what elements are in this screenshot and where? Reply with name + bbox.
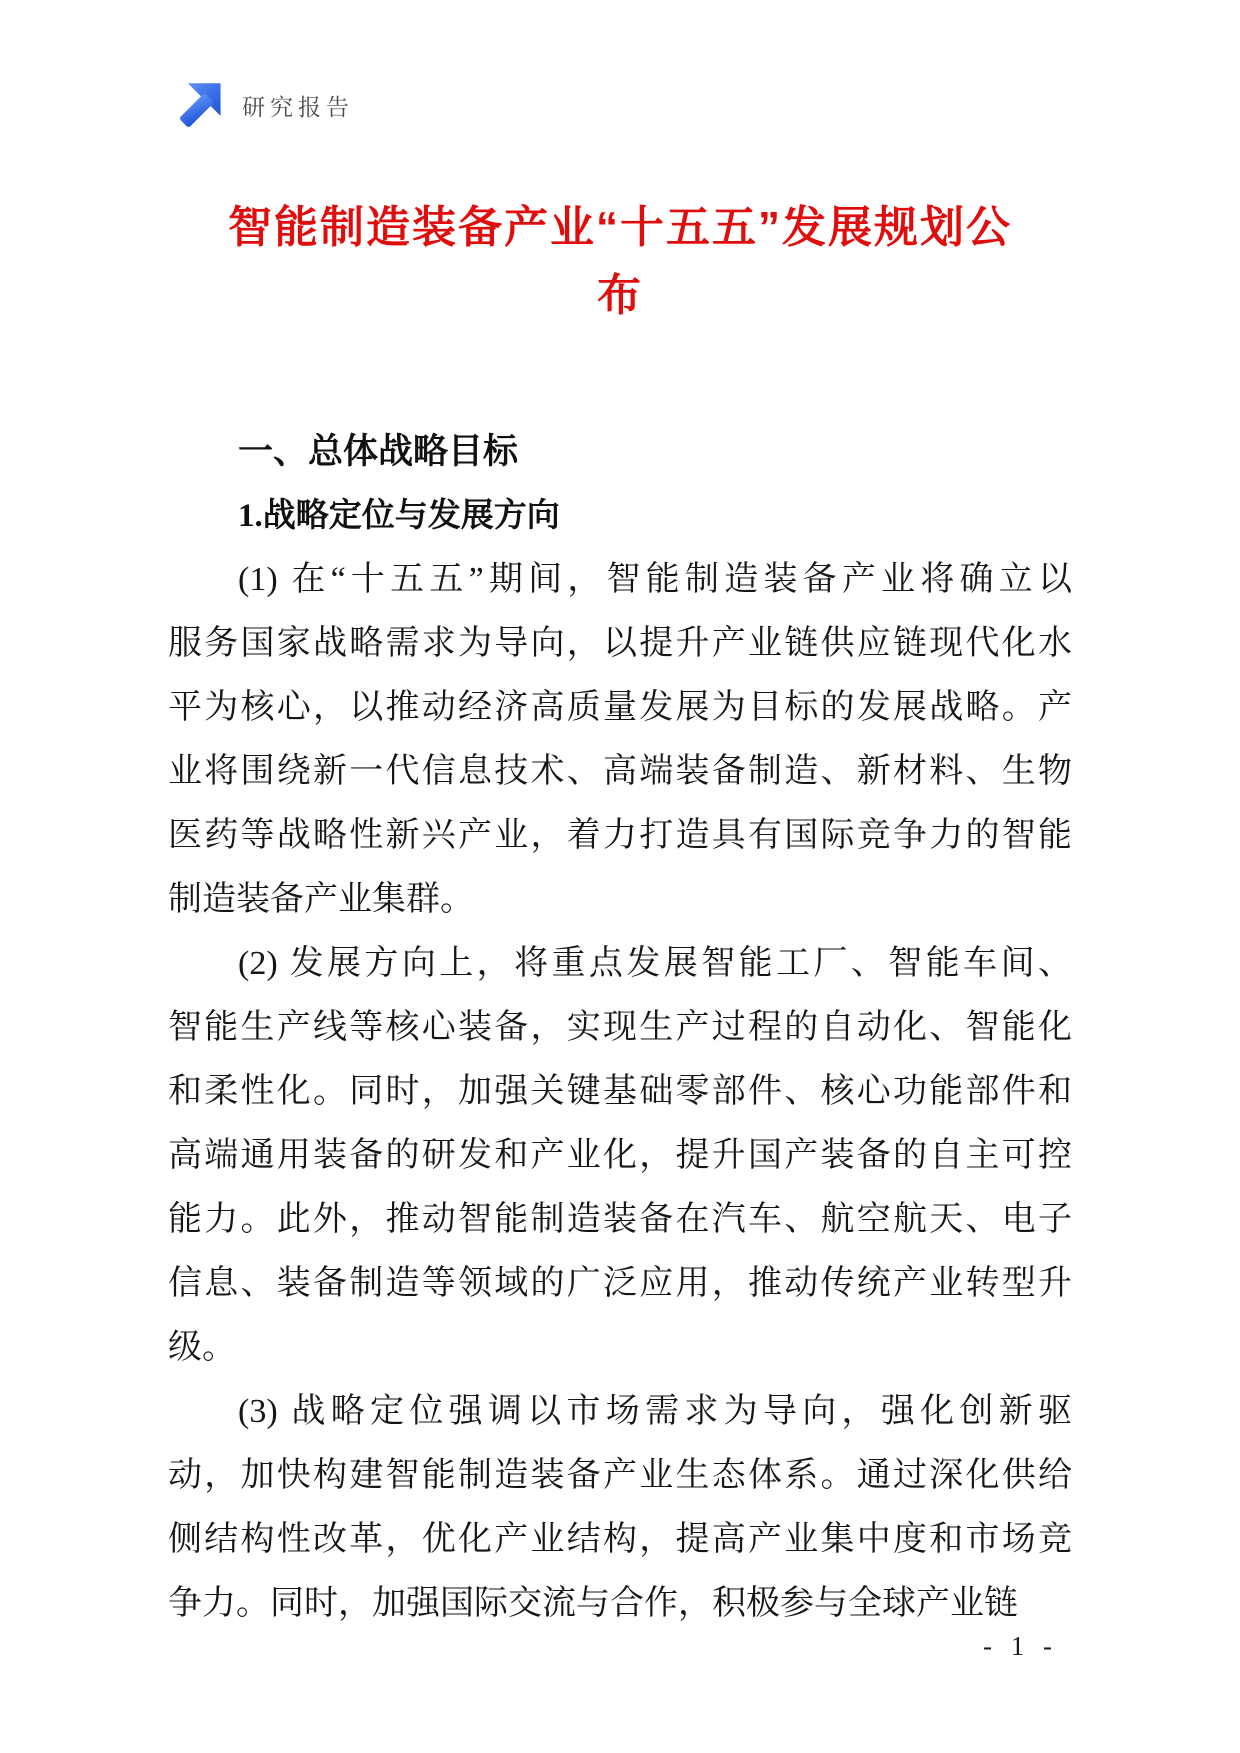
body-line: 服务国家战略需求为导向，以提升产业链供应链现代化水 bbox=[168, 612, 1072, 676]
body-line: 高端通用装备的研发和产业化，提升国产装备的自主可控 bbox=[168, 1124, 1072, 1188]
sub-heading: 1.战略定位与发展方向 bbox=[168, 484, 1072, 548]
article-body: (1) 在“十五五”期间，智能制造装备产业将确立以服务国家战略需求为导向，以提升… bbox=[168, 548, 1072, 1636]
arrow-up-right-icon bbox=[168, 76, 226, 134]
section-heading: 一、总体战略目标 bbox=[168, 420, 1072, 484]
body-line: 信息、装备制造等领域的广泛应用，推动传统产业转型升 bbox=[168, 1252, 1072, 1316]
body-line: (3) 战略定位强调以市场需求为导向，强化创新驱 bbox=[168, 1380, 1072, 1444]
body-line: 能力。此外，推动智能制造装备在汽车、航空航天、电子 bbox=[168, 1188, 1072, 1252]
body-line: (1) 在“十五五”期间，智能制造装备产业将确立以 bbox=[168, 548, 1072, 612]
body-line: 制造装备产业集群。 bbox=[168, 868, 1072, 932]
body-line: 平为核心，以推动经济高质量发展为目标的发展战略。产 bbox=[168, 676, 1072, 740]
page-number: - 1 - bbox=[168, 1626, 1058, 1666]
body-line: (2) 发展方向上，将重点发展智能工厂、智能车间、 bbox=[168, 932, 1072, 996]
body-line: 业将围绕新一代信息技术、高端装备制造、新材料、生物 bbox=[168, 740, 1072, 804]
document-page: 研究报告 智能制造装备产业“十五五”发展规划公 布 一、总体战略目标 1.战略定… bbox=[0, 0, 1240, 1753]
body-line: 侧结构性改革，优化产业结构，提高产业集中度和市场竞 bbox=[168, 1508, 1072, 1572]
doc-title-line-1: 智能制造装备产业“十五五”发展规划公 bbox=[168, 194, 1072, 262]
body-line: 和柔性化。同时，加强关键基础零部件、核心功能部件和 bbox=[168, 1060, 1072, 1124]
body-line: 级。 bbox=[168, 1316, 1072, 1380]
brand-header: 研究报告 bbox=[168, 76, 354, 134]
article-content: 一、总体战略目标 1.战略定位与发展方向 (1) 在“十五五”期间，智能制造装备… bbox=[168, 420, 1072, 1636]
body-line: 动，加快构建智能制造装备产业生态体系。通过深化供给 bbox=[168, 1444, 1072, 1508]
body-line: 医药等战略性新兴产业，着力打造具有国际竞争力的智能 bbox=[168, 804, 1072, 868]
body-line: 智能生产线等核心装备，实现生产过程的自动化、智能化 bbox=[168, 996, 1072, 1060]
doc-title-line-2: 布 bbox=[168, 262, 1072, 330]
brand-label: 研究报告 bbox=[242, 89, 354, 122]
doc-title: 智能制造装备产业“十五五”发展规划公 布 bbox=[168, 194, 1072, 330]
